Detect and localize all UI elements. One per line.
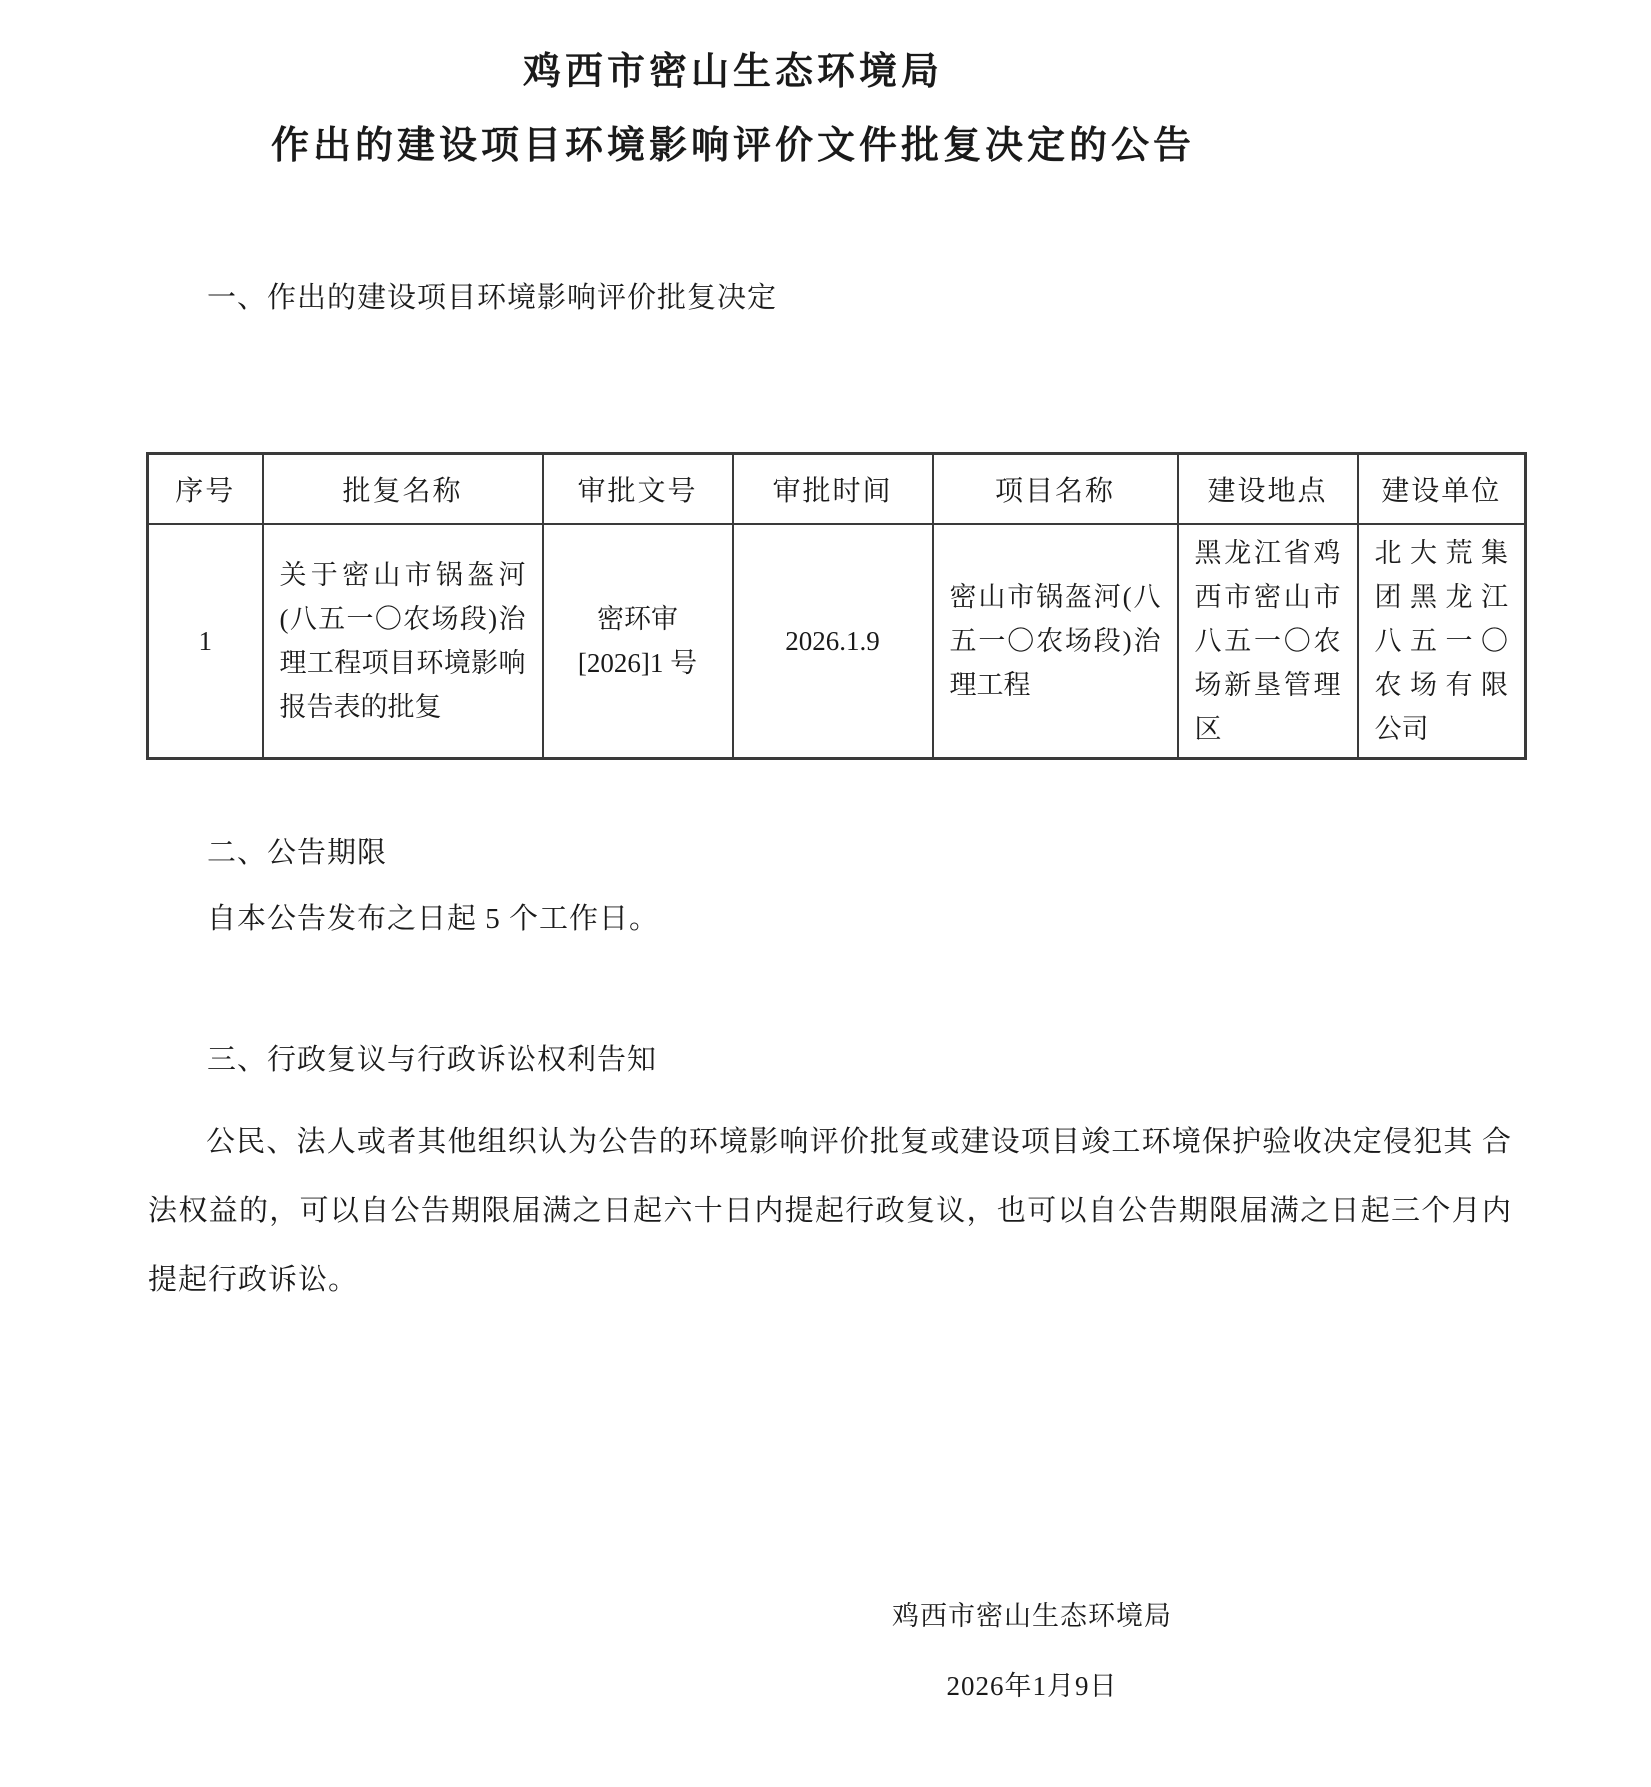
col-header-approval-name: 批复名称 [263, 454, 543, 525]
table-row: 1 关于密山市锅盔河(八五一〇农场段)治理工程项目环境影响报告表的批复 密环审 … [148, 524, 1526, 759]
cell-build-unit: 北大荒集团黑龙江八五一〇农场有限公司 [1358, 524, 1526, 759]
section2-heading: 二、公告期限 [207, 836, 387, 870]
col-header-build-unit: 建设单位 [1358, 454, 1526, 525]
col-header-doc-number: 审批文号 [543, 454, 733, 525]
section2-body: 自本公告发布之日起 5 个工作日。 [207, 901, 659, 937]
signature-date: 2026年1月9日 [832, 1664, 1232, 1703]
document-title-line1: 鸡西市密山生态环境局 [0, 50, 1466, 94]
cell-seq: 1 [148, 524, 263, 759]
section3-heading: 三、行政复议与行政诉讼权利告知 [207, 1043, 657, 1077]
col-header-seq: 序号 [148, 454, 263, 525]
cell-approval-name: 关于密山市锅盔河(八五一〇农场段)治理工程项目环境影响报告表的批复 [263, 524, 543, 759]
signature-authority: 鸡西市密山生态环境局 [832, 1594, 1232, 1633]
cell-doc-number: 密环审 [2026]1 号 [543, 524, 733, 759]
cell-approval-date: 2026.1.9 [733, 524, 933, 759]
cell-project-name: 密山市锅盔河(八五一〇农场段)治理工程 [933, 524, 1178, 759]
table-header-row: 序号 批复名称 审批文号 审批时间 项目名称 建设地点 建设单位 [148, 454, 1526, 525]
col-header-approval-time: 审批时间 [733, 454, 933, 525]
section3-body: 公民、法人或者其他组织认为公告的环境影响评价批复或建设项目竣工环境保护验收决定侵… [148, 1108, 1512, 1315]
col-header-project-name: 项目名称 [933, 454, 1178, 525]
section1-heading: 一、作出的建设项目环境影响评价批复决定 [207, 281, 777, 315]
col-header-build-location: 建设地点 [1178, 454, 1358, 525]
approval-decisions-table: 序号 批复名称 审批文号 审批时间 项目名称 建设地点 建设单位 1 关于密山市… [146, 452, 1527, 760]
document-title-line2: 作出的建设项目环境影响评价文件批复决定的公告 [0, 124, 1466, 168]
document-page: 鸡西市密山生态环境局 作出的建设项目环境影响评价文件批复决定的公告 一、作出的建… [0, 0, 1651, 1787]
cell-build-location: 黑龙江省鸡西市密山市八五一〇农场新垦管理区 [1178, 524, 1358, 759]
